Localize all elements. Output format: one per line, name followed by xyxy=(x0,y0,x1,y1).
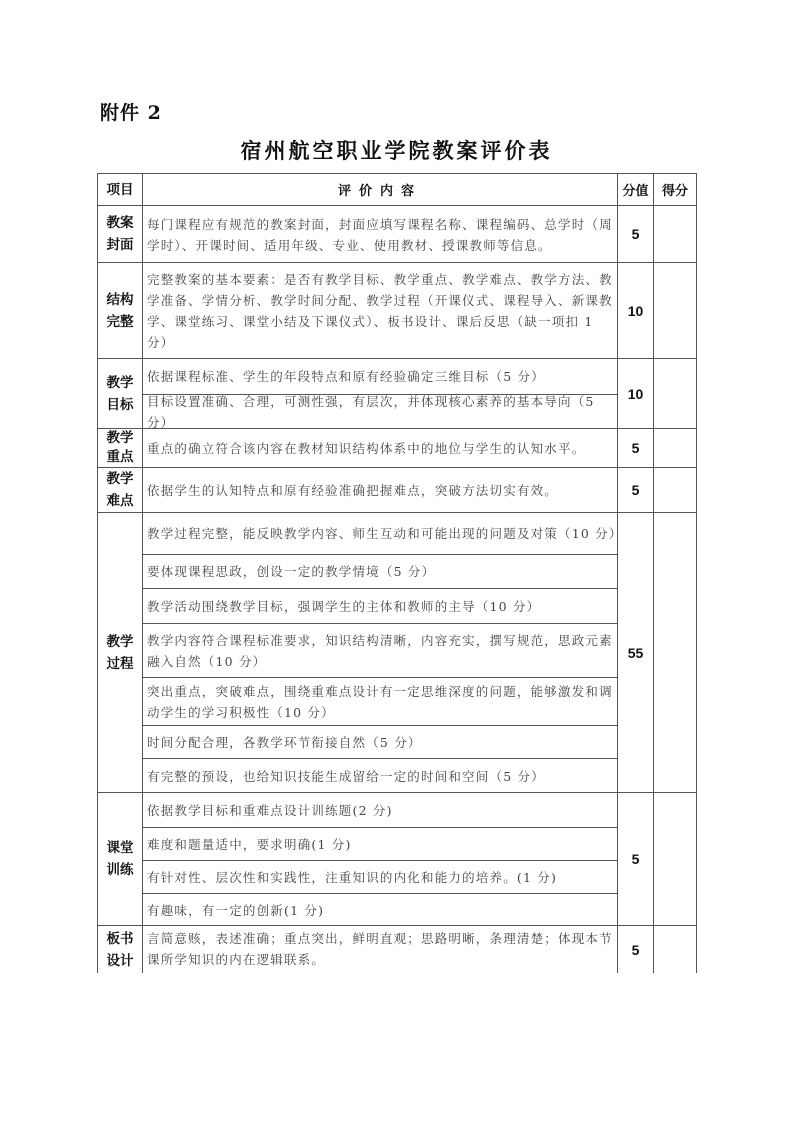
table-row: 结构完整 完整教案的基本要素：是否有教学目标、教学重点、教学难点、教学方法、教学… xyxy=(97,262,697,358)
score-value: 5 xyxy=(617,793,653,925)
score-value: 5 xyxy=(617,429,653,467)
criterion: 突出重点，突破难点，围绕重难点设计有一定思维深度的问题，能够激发和调动学生的学习… xyxy=(143,677,617,725)
table-row: 教学难点 依据学生的认知特点和原有经验准确把握难点，突破方法切实有效。 5 xyxy=(97,467,697,512)
item-label: 课堂训练 xyxy=(97,793,143,925)
score-value: 10 xyxy=(617,359,653,428)
item-label: 教学目标 xyxy=(97,359,143,428)
criterion: 言简意赅，表述准确；重点突出，鲜明直观；思路明晰，条理清楚；体现本节课所学知识的… xyxy=(143,926,617,974)
score-input-cell[interactable] xyxy=(653,359,697,428)
criterion: 依据课程标准、学生的年段特点和原有经验确定三维目标（5 分） xyxy=(143,359,617,394)
score-input-cell[interactable] xyxy=(653,793,697,925)
table-row: 教案封面 每门课程应有规范的教案封面，封面应填写课程名称、课程编码、总学时（周学… xyxy=(97,205,697,262)
criterion: 每门课程应有规范的教案封面，封面应填写课程名称、课程编码、总学时（周学时）、开课… xyxy=(143,206,617,263)
score-input-cell[interactable] xyxy=(653,263,697,358)
criterion: 时间分配合理，各教学环节衔接自然（5 分） xyxy=(143,725,617,758)
score-input-cell[interactable] xyxy=(653,206,697,262)
item-label: 教学重点 xyxy=(97,429,143,467)
header-got: 得分 xyxy=(653,174,697,205)
score-value: 5 xyxy=(617,206,653,262)
score-input-cell[interactable] xyxy=(653,926,697,973)
item-label: 教学过程 xyxy=(97,513,143,792)
score-input-cell[interactable] xyxy=(653,429,697,467)
header-item: 项目 xyxy=(97,174,143,205)
criterion: 有针对性、层次性和实践性，注重知识的内化和能力的培养。(1 分) xyxy=(143,860,617,893)
score-value: 55 xyxy=(617,513,653,792)
page-title: 宿州航空职业学院教案评价表 xyxy=(0,135,793,165)
table-row: 板书设计 言简意赅，表述准确；重点突出，鲜明直观；思路明晰，条理清楚；体现本节课… xyxy=(97,925,697,973)
criterion: 难度和题量适中，要求明确(1 分) xyxy=(143,827,617,860)
criterion: 有完整的预设，也给知识技能生成留给一定的时间和空间（5 分） xyxy=(143,758,617,793)
item-label: 板书设计 xyxy=(97,926,143,973)
score-input-cell[interactable] xyxy=(653,513,697,792)
header-score: 分值 xyxy=(617,174,653,205)
score-input-cell[interactable] xyxy=(653,468,697,512)
table-header: 项目 评价内容 分值 得分 xyxy=(97,173,697,205)
item-label: 教案封面 xyxy=(97,206,143,262)
criterion: 教学活动围绕教学目标，强调学生的主体和教师的主导（10 分） xyxy=(143,588,617,623)
criterion: 教学过程完整，能反映教学内容、师生互动和可能出现的问题及对策（10 分） xyxy=(143,513,617,554)
attachment-label: 附件 2 xyxy=(100,98,162,125)
criterion: 依据学生的认知特点和原有经验准确把握难点，突破方法切实有效。 xyxy=(143,468,617,513)
header-content: 评价内容 xyxy=(143,174,617,205)
score-value: 5 xyxy=(617,926,653,973)
criterion: 重点的确立符合该内容在教材知识结构体系中的地位与学生的认知水平。 xyxy=(143,429,617,468)
criterion: 要体现课程思政，创设一定的教学情境（5 分） xyxy=(143,554,617,588)
criterion: 教学内容符合课程标准要求，知识结构清晰，内容充实，撰写规范，思政元素融入自然（1… xyxy=(143,623,617,677)
table-row: 课堂训练 依据教学目标和重难点设计训练题(2 分) 难度和题量适中，要求明确(1… xyxy=(97,792,697,925)
table-row: 教学目标 依据课程标准、学生的年段特点和原有经验确定三维目标（5 分） 目标设置… xyxy=(97,358,697,428)
score-value: 10 xyxy=(617,263,653,358)
item-label: 结构完整 xyxy=(97,263,143,358)
criterion: 完整教案的基本要素：是否有教学目标、教学重点、教学难点、教学方法、教学准备、学情… xyxy=(143,263,617,359)
table-row: 教学过程 教学过程完整，能反映教学内容、师生互动和可能出现的问题及对策（10 分… xyxy=(97,512,697,792)
table-row: 教学重点 重点的确立符合该内容在教材知识结构体系中的地位与学生的认知水平。 5 xyxy=(97,428,697,467)
score-value: 5 xyxy=(617,468,653,512)
criterion: 目标设置准确、合理，可测性强，有层次，并体现核心素养的基本导向（5 分） xyxy=(143,394,617,429)
item-label: 教学难点 xyxy=(97,468,143,512)
criterion: 依据教学目标和重难点设计训练题(2 分) xyxy=(143,793,617,827)
criterion: 有趣味，有一定的创新(1 分) xyxy=(143,893,617,926)
